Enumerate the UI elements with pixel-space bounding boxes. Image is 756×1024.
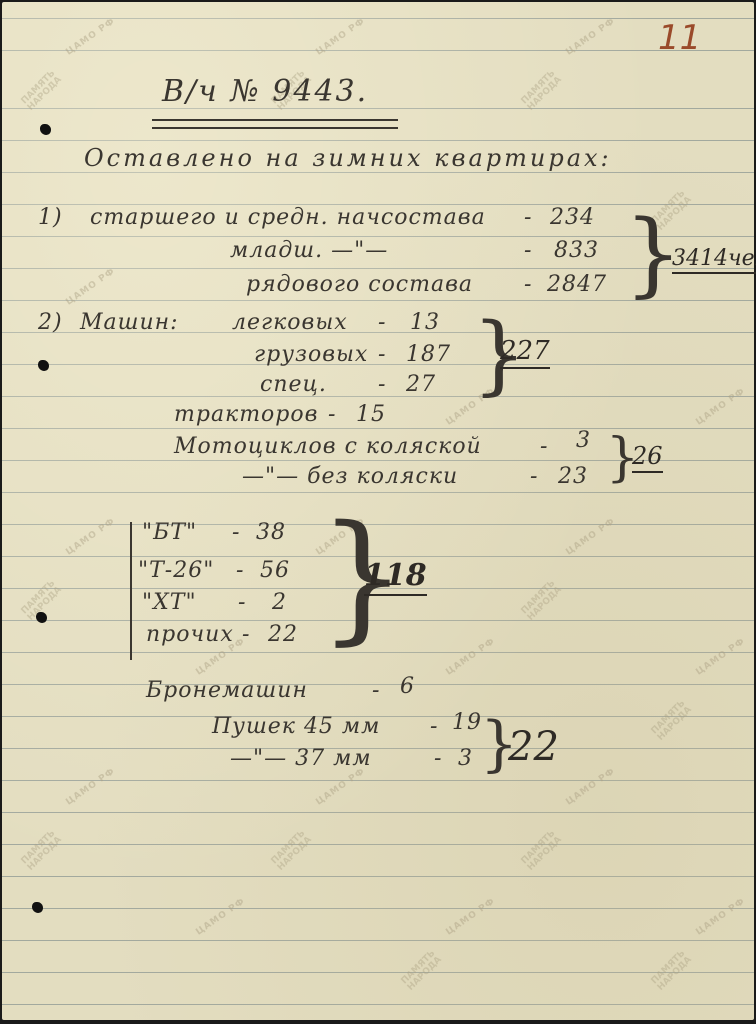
vehicles-label: Машин: <box>80 310 179 335</box>
watermark-archive: ЦАМО РФ <box>64 766 117 807</box>
watermark-archive: ЦАМО РФ <box>694 896 747 937</box>
tank-row-value: 38 <box>256 520 286 545</box>
tank-row-label: "Т-26" <box>138 558 214 583</box>
vehicle-row-label: спец. <box>260 372 327 397</box>
tanks-left-bracket <box>130 522 132 660</box>
personnel-row-dash: - <box>524 238 532 263</box>
motorcycle-row-label: Мотоциклов с коляской <box>174 434 482 459</box>
guns-total: 22 <box>508 724 559 770</box>
personnel-row-value: 234 <box>550 205 595 230</box>
personnel-row-dash: - <box>524 272 532 297</box>
personnel-row-value: 2847 <box>547 272 607 297</box>
armored-label: Бронемашин <box>146 678 308 703</box>
vehicle-row-label: грузовых <box>254 342 368 367</box>
tank-row-value: 2 <box>272 590 287 615</box>
gun-row-label: —"— 37 мм <box>230 746 372 771</box>
gun-row-dash: - <box>434 746 442 771</box>
document-page: ЦАМО РФ ЦАМО РФ ЦАМО РФ ЦАМО РФ ЦАМО РФ … <box>2 2 754 1020</box>
watermark-archive: ЦАМО РФ <box>194 896 247 937</box>
tank-row-label: "ХТ" <box>142 590 197 615</box>
vehicles-total: 227 <box>500 336 550 369</box>
gun-row-value: 3 <box>458 746 473 771</box>
watermark-project: ПАМЯТЬ НАРОДА <box>644 943 699 998</box>
tractors-label: тракторов <box>174 402 318 427</box>
gun-row-dash: - <box>430 714 438 739</box>
watermark-archive: ЦАМО РФ <box>64 266 117 307</box>
motorcycle-row-label: —"— без коляски <box>242 464 458 489</box>
tanks-total: 118 <box>364 558 427 596</box>
gun-row-value: 19 <box>452 710 482 735</box>
watermark-archive: ЦАМО РФ <box>694 386 747 427</box>
motorcycles-total: 26 <box>632 442 663 473</box>
watermark-archive: ЦАМО РФ <box>64 516 117 557</box>
vehicle-row-dash: - <box>378 342 386 367</box>
tank-row-dash: - <box>238 590 246 615</box>
watermark-project: ПАМЯТЬ НАРОДА <box>514 823 569 878</box>
document-title: В/ч № 9443. <box>162 74 368 109</box>
motorcycle-row-value: 23 <box>558 464 588 489</box>
motorcycle-row-dash: - <box>530 464 538 489</box>
section1-marker: 1) <box>38 205 63 230</box>
armored-value: 6 <box>400 674 415 699</box>
watermark-project: ПАМЯТЬ НАРОДА <box>394 943 449 998</box>
watermark-archive: ЦАМО РФ <box>314 766 367 807</box>
personnel-total: 3414чел. <box>672 246 756 274</box>
tractors-value: 15 <box>356 402 386 427</box>
personnel-row-label: старшего и средн. начсостава <box>90 205 486 230</box>
watermark-project: ПАМЯТЬ НАРОДА <box>14 823 69 878</box>
tank-row-label: прочих <box>146 622 234 647</box>
tank-row-value: 22 <box>268 622 298 647</box>
tank-row-label: "БТ" <box>142 520 197 545</box>
vehicle-row-value: 187 <box>406 342 451 367</box>
punch-hole <box>40 124 51 135</box>
watermark-project: ПАМЯТЬ НАРОДА <box>514 573 569 628</box>
vehicle-row-label: легковых <box>232 310 348 335</box>
armored-dash: - <box>372 678 380 703</box>
vehicle-row-value: 27 <box>406 372 436 397</box>
document-subtitle: Оставлено на зимних квартирах: <box>84 144 612 172</box>
watermark-archive: ЦАМО РФ <box>564 766 617 807</box>
motorcycle-row-dash: - <box>540 434 548 459</box>
watermark-project: ПАМЯТЬ НАРОДА <box>514 63 569 118</box>
section2-marker: 2) <box>38 310 63 335</box>
punch-hole <box>38 360 49 371</box>
motorcycle-row-value: 3 <box>576 428 591 453</box>
personnel-row-value: 833 <box>554 238 599 263</box>
title-double-underline <box>152 119 398 129</box>
tank-row-dash: - <box>232 520 240 545</box>
watermark-project: ПАМЯТЬ НАРОДА <box>264 823 319 878</box>
vehicle-row-dash: - <box>378 372 386 397</box>
tractors-dash: - <box>328 402 336 427</box>
personnel-row-dash: - <box>524 205 532 230</box>
watermark-archive: ЦАМО РФ <box>64 16 117 57</box>
vehicle-row-value: 13 <box>410 310 440 335</box>
watermark-project: ПАМЯТЬ НАРОДА <box>644 693 699 748</box>
punch-hole <box>32 902 43 913</box>
watermark-archive: ЦАМО РФ <box>694 636 747 677</box>
watermark-archive: ЦАМО РФ <box>564 16 617 57</box>
watermark-archive: ЦАМО РФ <box>444 636 497 677</box>
personnel-row-label: рядового состава <box>246 272 473 297</box>
tank-row-dash: - <box>236 558 244 583</box>
watermark-project: ПАМЯТЬ НАРОДА <box>14 63 69 118</box>
watermark-archive: ЦАМО РФ <box>564 516 617 557</box>
watermark-archive: ЦАМО РФ <box>314 16 367 57</box>
personnel-row-label: младш. —"— <box>230 238 388 263</box>
tank-row-dash: - <box>242 622 250 647</box>
vehicle-row-dash: - <box>378 310 386 335</box>
tank-row-value: 56 <box>260 558 290 583</box>
watermark-archive: ЦАМО РФ <box>444 896 497 937</box>
page-number: 11 <box>658 18 701 58</box>
gun-row-label: Пушек 45 мм <box>212 714 380 739</box>
